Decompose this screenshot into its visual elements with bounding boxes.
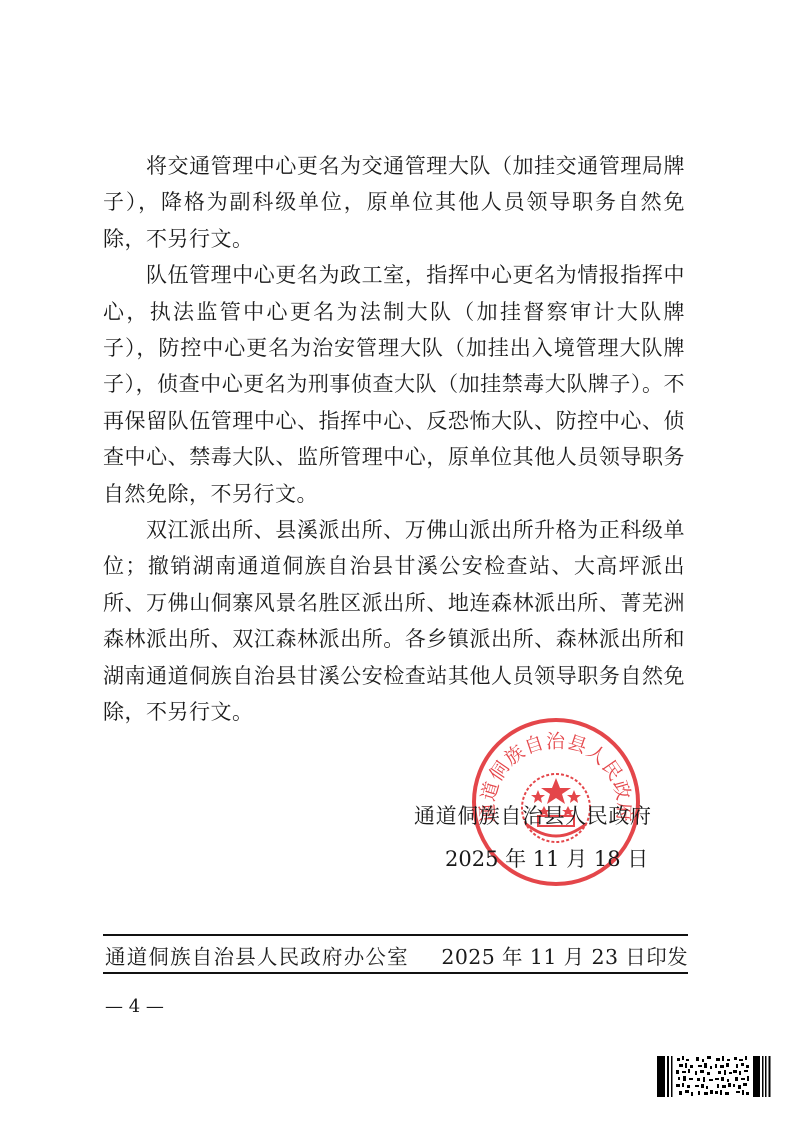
footer-top-rule xyxy=(103,934,688,936)
paragraph-department-renaming: 队伍管理中心更名为政工室，指挥中心更名为情报指挥中心，执法监管中心更名为法制大队… xyxy=(103,257,685,512)
footer-bottom-rule xyxy=(103,972,688,974)
document-page: 将交通管理中心更名为交通管理大队（加挂交通管理局牌子），降格为副科级单位，原单位… xyxy=(0,0,793,1122)
footer-issue-date: 2025 年 11 月 23 日印发 xyxy=(441,940,688,970)
signature-organization: 通道侗族自治县人民政府 xyxy=(414,800,652,830)
paragraph-police-stations: 双江派出所、县溪派出所、万佛山派出所升格为正科级单位；撤销湖南通道侗族自治县甘溪… xyxy=(103,512,685,730)
footer-issuer: 通道侗族自治县人民政府办公室 xyxy=(105,940,409,970)
document-body: 将交通管理中心更名为交通管理大队（加挂交通管理局牌子），降格为副科级单位，原单位… xyxy=(103,148,685,731)
paragraph-traffic-management: 将交通管理中心更名为交通管理大队（加挂交通管理局牌子），降格为副科级单位，原单位… xyxy=(103,148,685,257)
page-number: — 4 — xyxy=(105,996,164,1017)
barcode-icon xyxy=(657,1056,771,1097)
signature-date: 2025 年 11 月 18 日 xyxy=(445,843,648,873)
